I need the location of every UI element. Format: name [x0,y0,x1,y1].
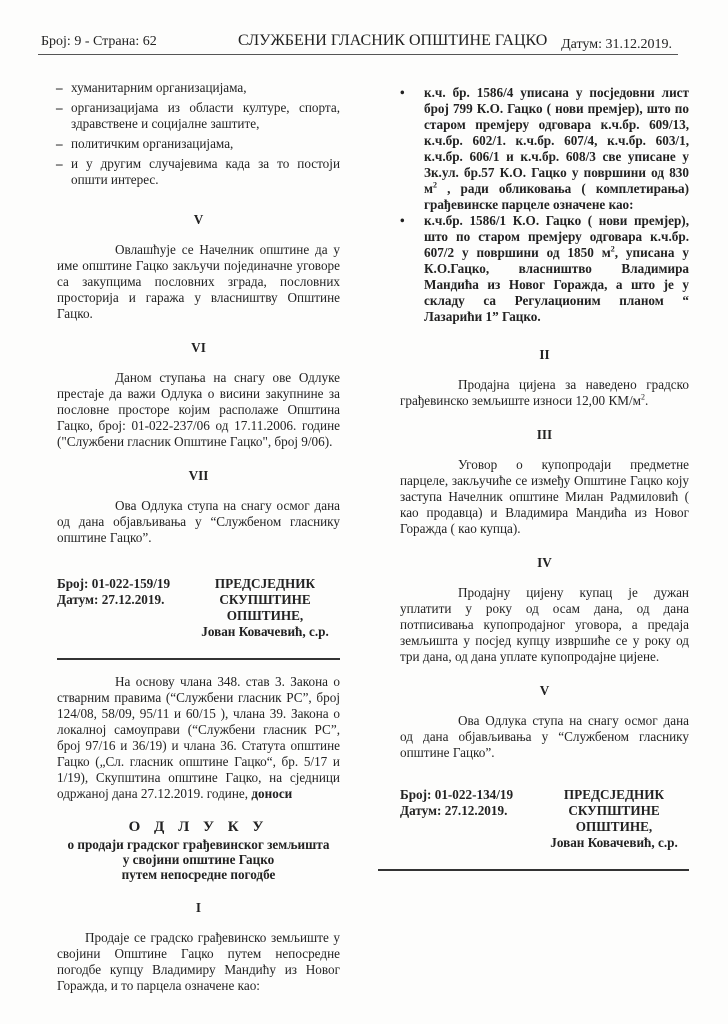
article-v-text: Ова Одлука ступа на снагу осмог дана од … [400,713,689,761]
list-item: –хуманитарним организацијама, [57,80,340,96]
left-column: –хуманитарним организацијама, –организац… [57,80,340,994]
issue-page-number: Број: 9 - Страна: 62 [41,34,157,50]
section-divider [57,658,340,660]
issue-date: Датум: 31.12.2019. [561,37,672,53]
signature-block-1: Број: 01-022-159/19 Датум: 27.12.2019. П… [57,576,340,644]
section-heading-iii: III [400,427,689,443]
gazette-title: СЛУЖБЕНИ ГЛАСНИК ОПШТИНЕ ГАЦКО [238,32,547,50]
dash-icon: – [56,80,63,96]
beneficiary-list: –хуманитарним организацијама, –организац… [57,80,340,188]
section-heading-vii: VII [57,468,340,484]
section-heading-ii: II [400,347,689,363]
right-column: •к.ч. бр. 1586/4 уписана у посједовни ли… [400,85,689,871]
dash-icon: – [56,100,63,116]
section-heading-v: V [57,212,340,228]
section-heading-vi: VI [57,340,340,356]
decision-title: О Д Л У К У [57,820,340,835]
preamble-text: На основу члана 348. став 3. Закона о ст… [57,674,340,802]
page-header: Број: 9 - Страна: 62 СЛУЖБЕНИ ГЛАСНИК ОП… [38,30,678,55]
bullet-icon: • [400,213,405,229]
article-vii-text: Ова Одлука ступа на снагу осмог дана од … [57,498,340,546]
document-date: Датум: 27.12.2019. [57,592,170,608]
document-number: Број: 01-022-134/19 [400,787,513,803]
article-vi-text: Даном ступања на снагу ове Одлуке преста… [57,370,340,450]
parcel-list: •к.ч. бр. 1586/4 уписана у посједовни ли… [400,85,689,325]
dash-icon: – [56,156,63,172]
article-ii-text: Продајна цијена за наведено градско грађ… [400,377,689,409]
article-i-text: Продаје се градско грађевинско земљиште … [57,930,340,994]
list-item: –политичким организацијама, [57,136,340,152]
article-v-text: Овлашћује се Начелник општине да у име о… [57,242,340,322]
article-iii-text: Уговор о купопродаји предметне парцеле, … [400,457,689,537]
list-item: –и у другим случајевима када за то посто… [57,156,340,188]
dash-icon: – [56,136,63,152]
section-heading-iv: IV [400,555,689,571]
signatory: ПРЕДСЈЕДНИК СКУПШТИНЕ ОПШТИНЕ, Јован Ков… [190,576,340,640]
document-date: Датум: 27.12.2019. [400,803,513,819]
bullet-icon: • [400,85,405,101]
section-heading-v: V [400,683,689,699]
section-heading-i: I [57,900,340,916]
article-iv-text: Продајну цијену купац је дужан уплатити … [400,585,689,665]
section-divider [378,869,689,871]
signature-block-2: Број: 01-022-134/19 Датум: 27.12.2019. П… [400,787,689,855]
decision-title-block: О Д Л У К У о продаји градског грађевинс… [57,820,340,882]
list-item: –организацијама из области културе, спор… [57,100,340,132]
document-number: Број: 01-022-159/19 [57,576,170,592]
signatory: ПРЕДСЈЕДНИК СКУПШТИНЕ ОПШТИНЕ, Јован Ков… [539,787,689,851]
list-item: •к.ч. бр. 1586/4 уписана у посједовни ли… [400,85,689,213]
list-item: •к.ч.бр. 1586/1 К.О. Гацко ( нови премје… [400,213,689,325]
